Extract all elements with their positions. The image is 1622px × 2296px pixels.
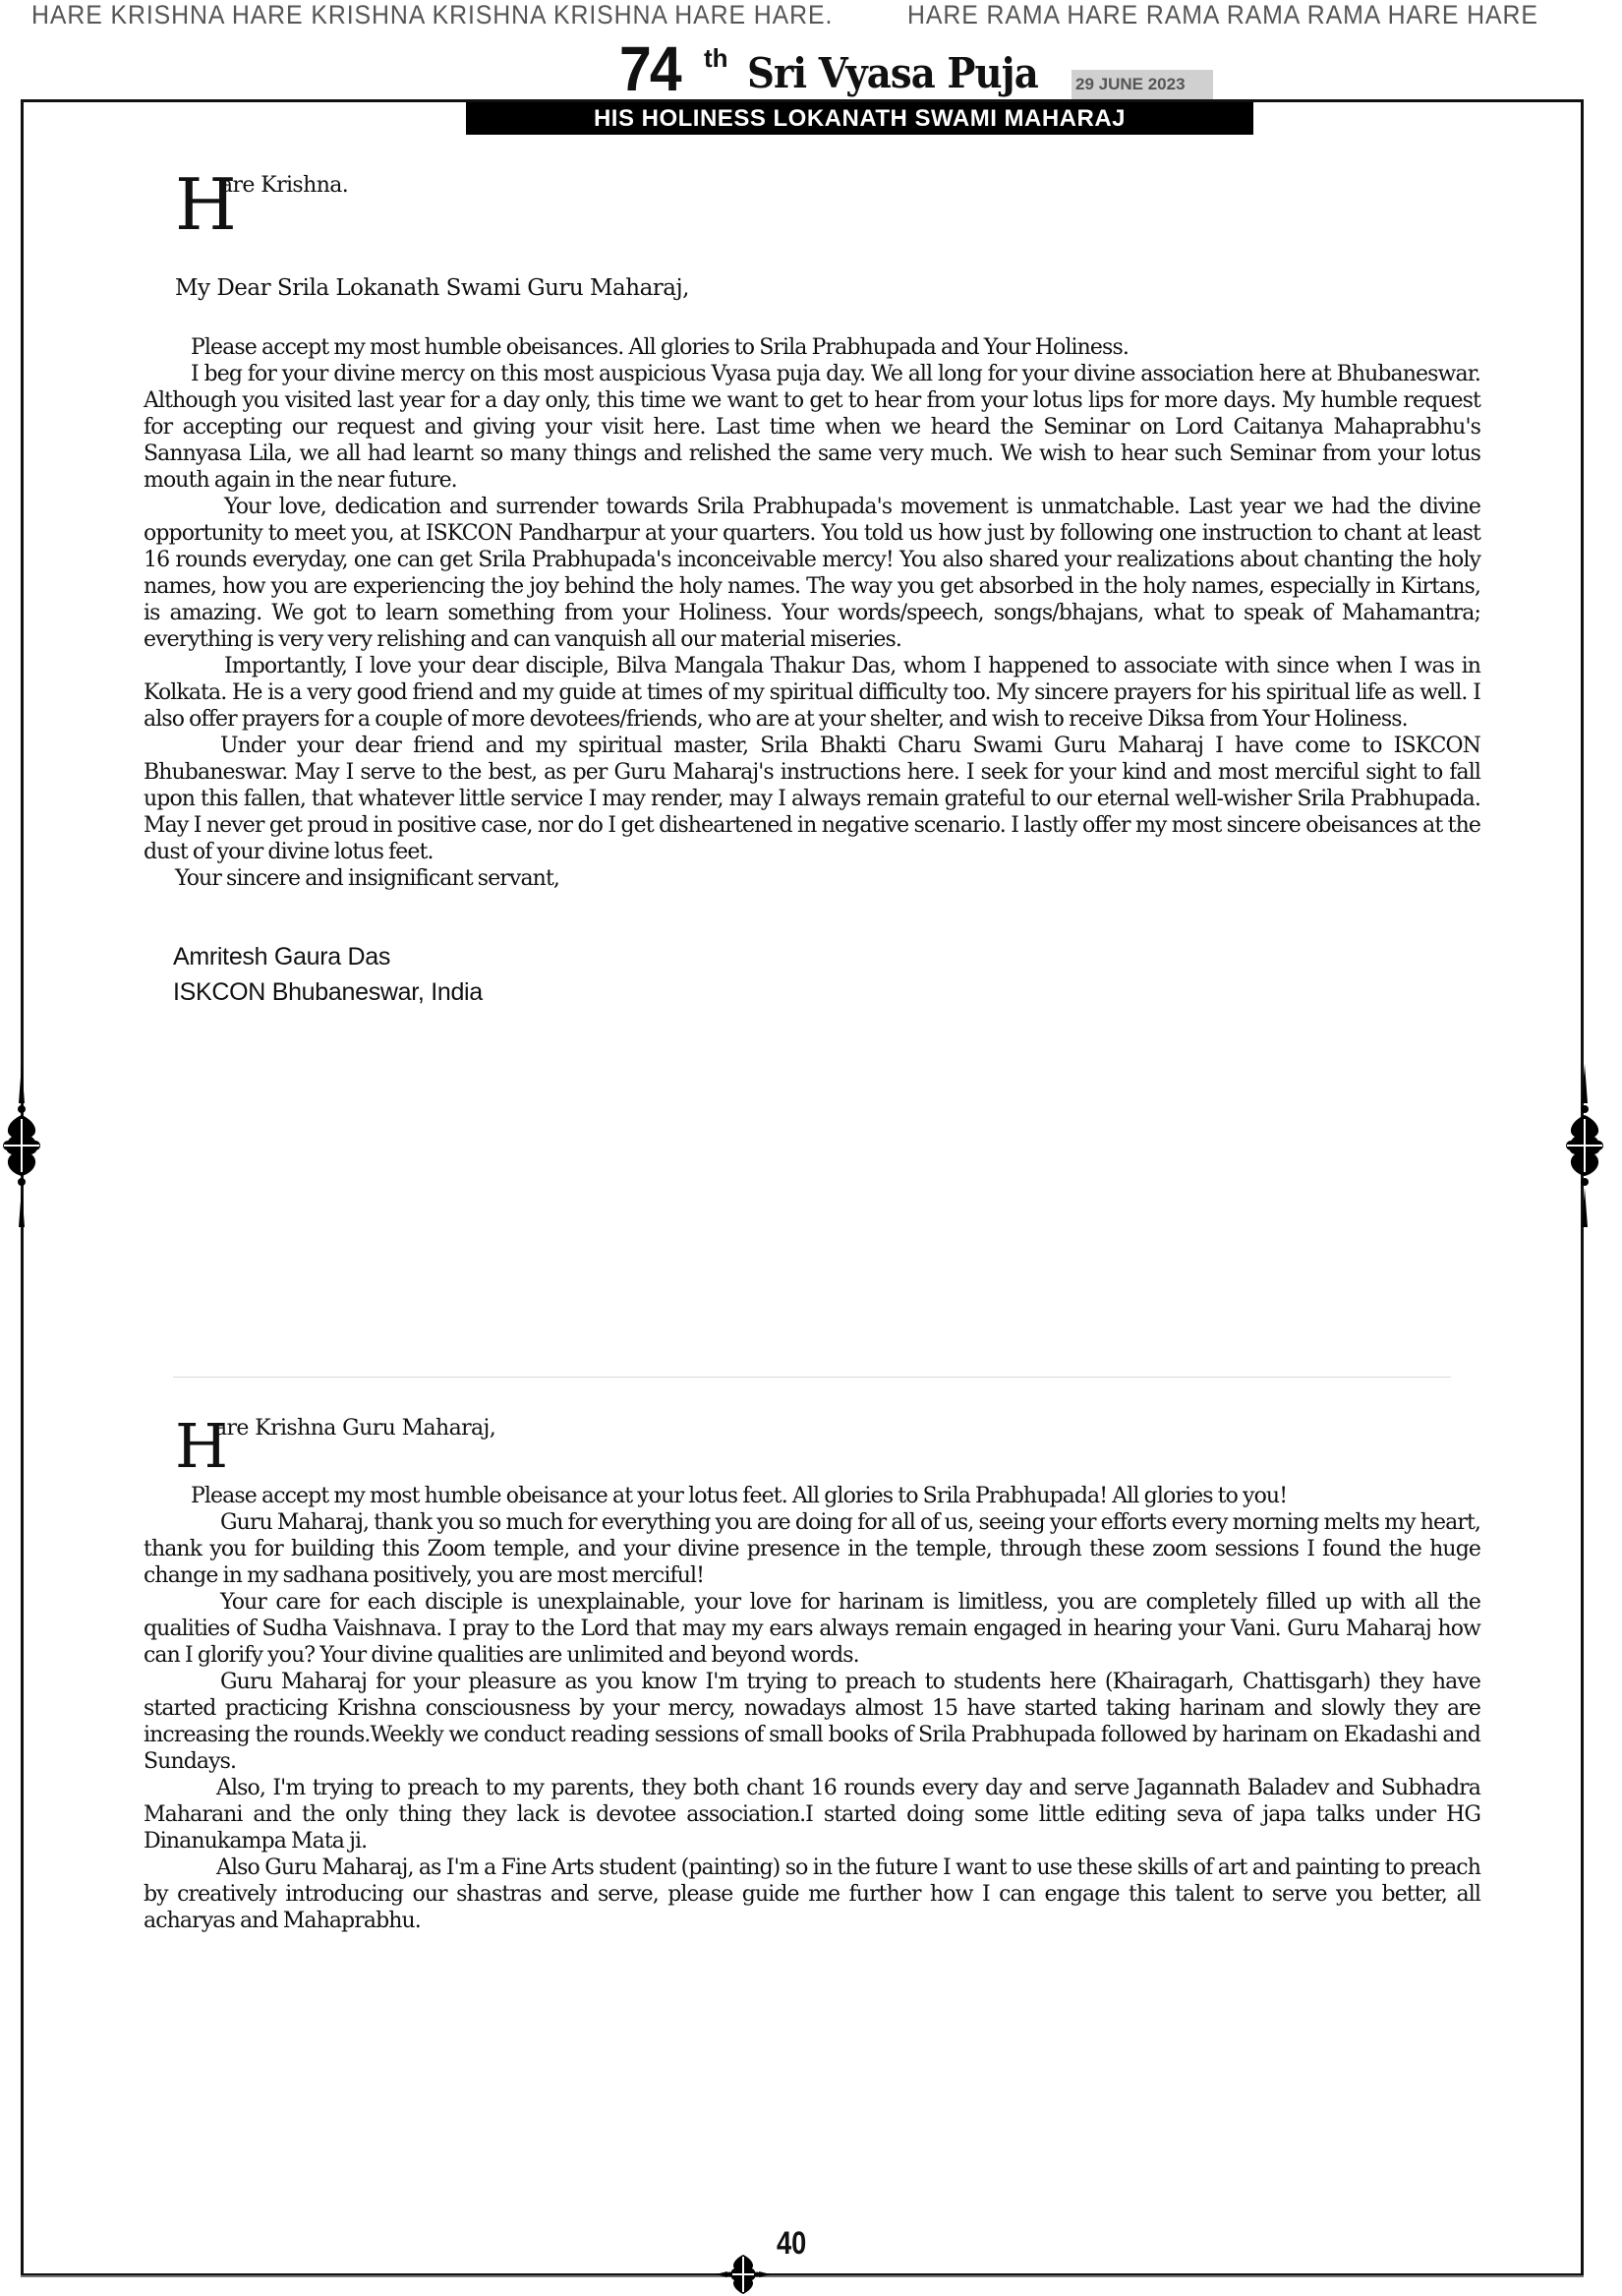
title-number: 74 (619, 39, 680, 98)
subtitle-bar: HIS HOLINESS LOKANATH SWAMI MAHARAJ (466, 102, 1253, 135)
salutation: My Dear Srila Lokanath Swami Guru Mahara… (175, 275, 1480, 301)
title-text: Sri Vyasa Puja (747, 49, 1038, 97)
ornamental-flourish-icon (1565, 1064, 1604, 1231)
ornamental-flourish-icon (2, 1064, 41, 1231)
ornamental-flourish-icon (716, 2253, 771, 2296)
paragraph: Guru Maharaj for your pleasure as you kn… (144, 1669, 1480, 1775)
signature-place: ISKCON Bhubaneswar, India (173, 974, 1480, 1010)
opening-text: are Krishna Guru Maharaj, (214, 1416, 495, 1441)
frame-shadow (21, 2275, 1584, 2277)
letter-1: H are Krishna. My Dear Srila Lokanath Sw… (144, 169, 1480, 1010)
paragraph: Also, I'm trying to preach to my parents… (144, 1775, 1480, 1854)
mantra-banner-right: HARE RAMA HARE RAMA RAMA RAMA HARE HARE (907, 0, 1538, 30)
mantra-banner: HARE KRISHNA HARE KRISHNA KRISHNA KRISHN… (0, 0, 1622, 33)
closing: Your sincere and insignificant servant, (175, 865, 1480, 892)
page-number: 40 (777, 2225, 806, 2262)
paragraph: Importantly, I love your dear disciple, … (144, 653, 1480, 733)
letter-2-opening: H are Krishna Guru Maharaj, (144, 1416, 1480, 1489)
date-badge: 29 JUNE 2023 (1072, 70, 1213, 99)
paragraph: Your care for each disciple is unexplain… (144, 1589, 1480, 1669)
title-superscript: th (704, 43, 728, 74)
paragraph: Please accept my most humble obeisances.… (144, 334, 1480, 361)
paragraph: Your love, dedication and surrender towa… (144, 494, 1480, 653)
paragraph: Under your dear friend and my spiritual … (144, 733, 1480, 865)
signature-name: Amritesh Gaura Das (173, 939, 1480, 974)
paragraph: Also Guru Maharaj, as I'm a Fine Arts st… (144, 1854, 1480, 1934)
letter-2: H are Krishna Guru Maharaj, Please accep… (144, 1416, 1480, 1934)
opening-text: are Krishna. (220, 173, 348, 198)
paragraph: I beg for your divine mercy on this most… (144, 361, 1480, 494)
letter-1-opening: H are Krishna. (144, 169, 1480, 248)
mantra-banner-left: HARE KRISHNA HARE KRISHNA KRISHNA KRISHN… (31, 0, 833, 30)
paragraph: Guru Maharaj, thank you so much for ever… (144, 1509, 1480, 1589)
letter-divider (173, 1377, 1451, 1378)
